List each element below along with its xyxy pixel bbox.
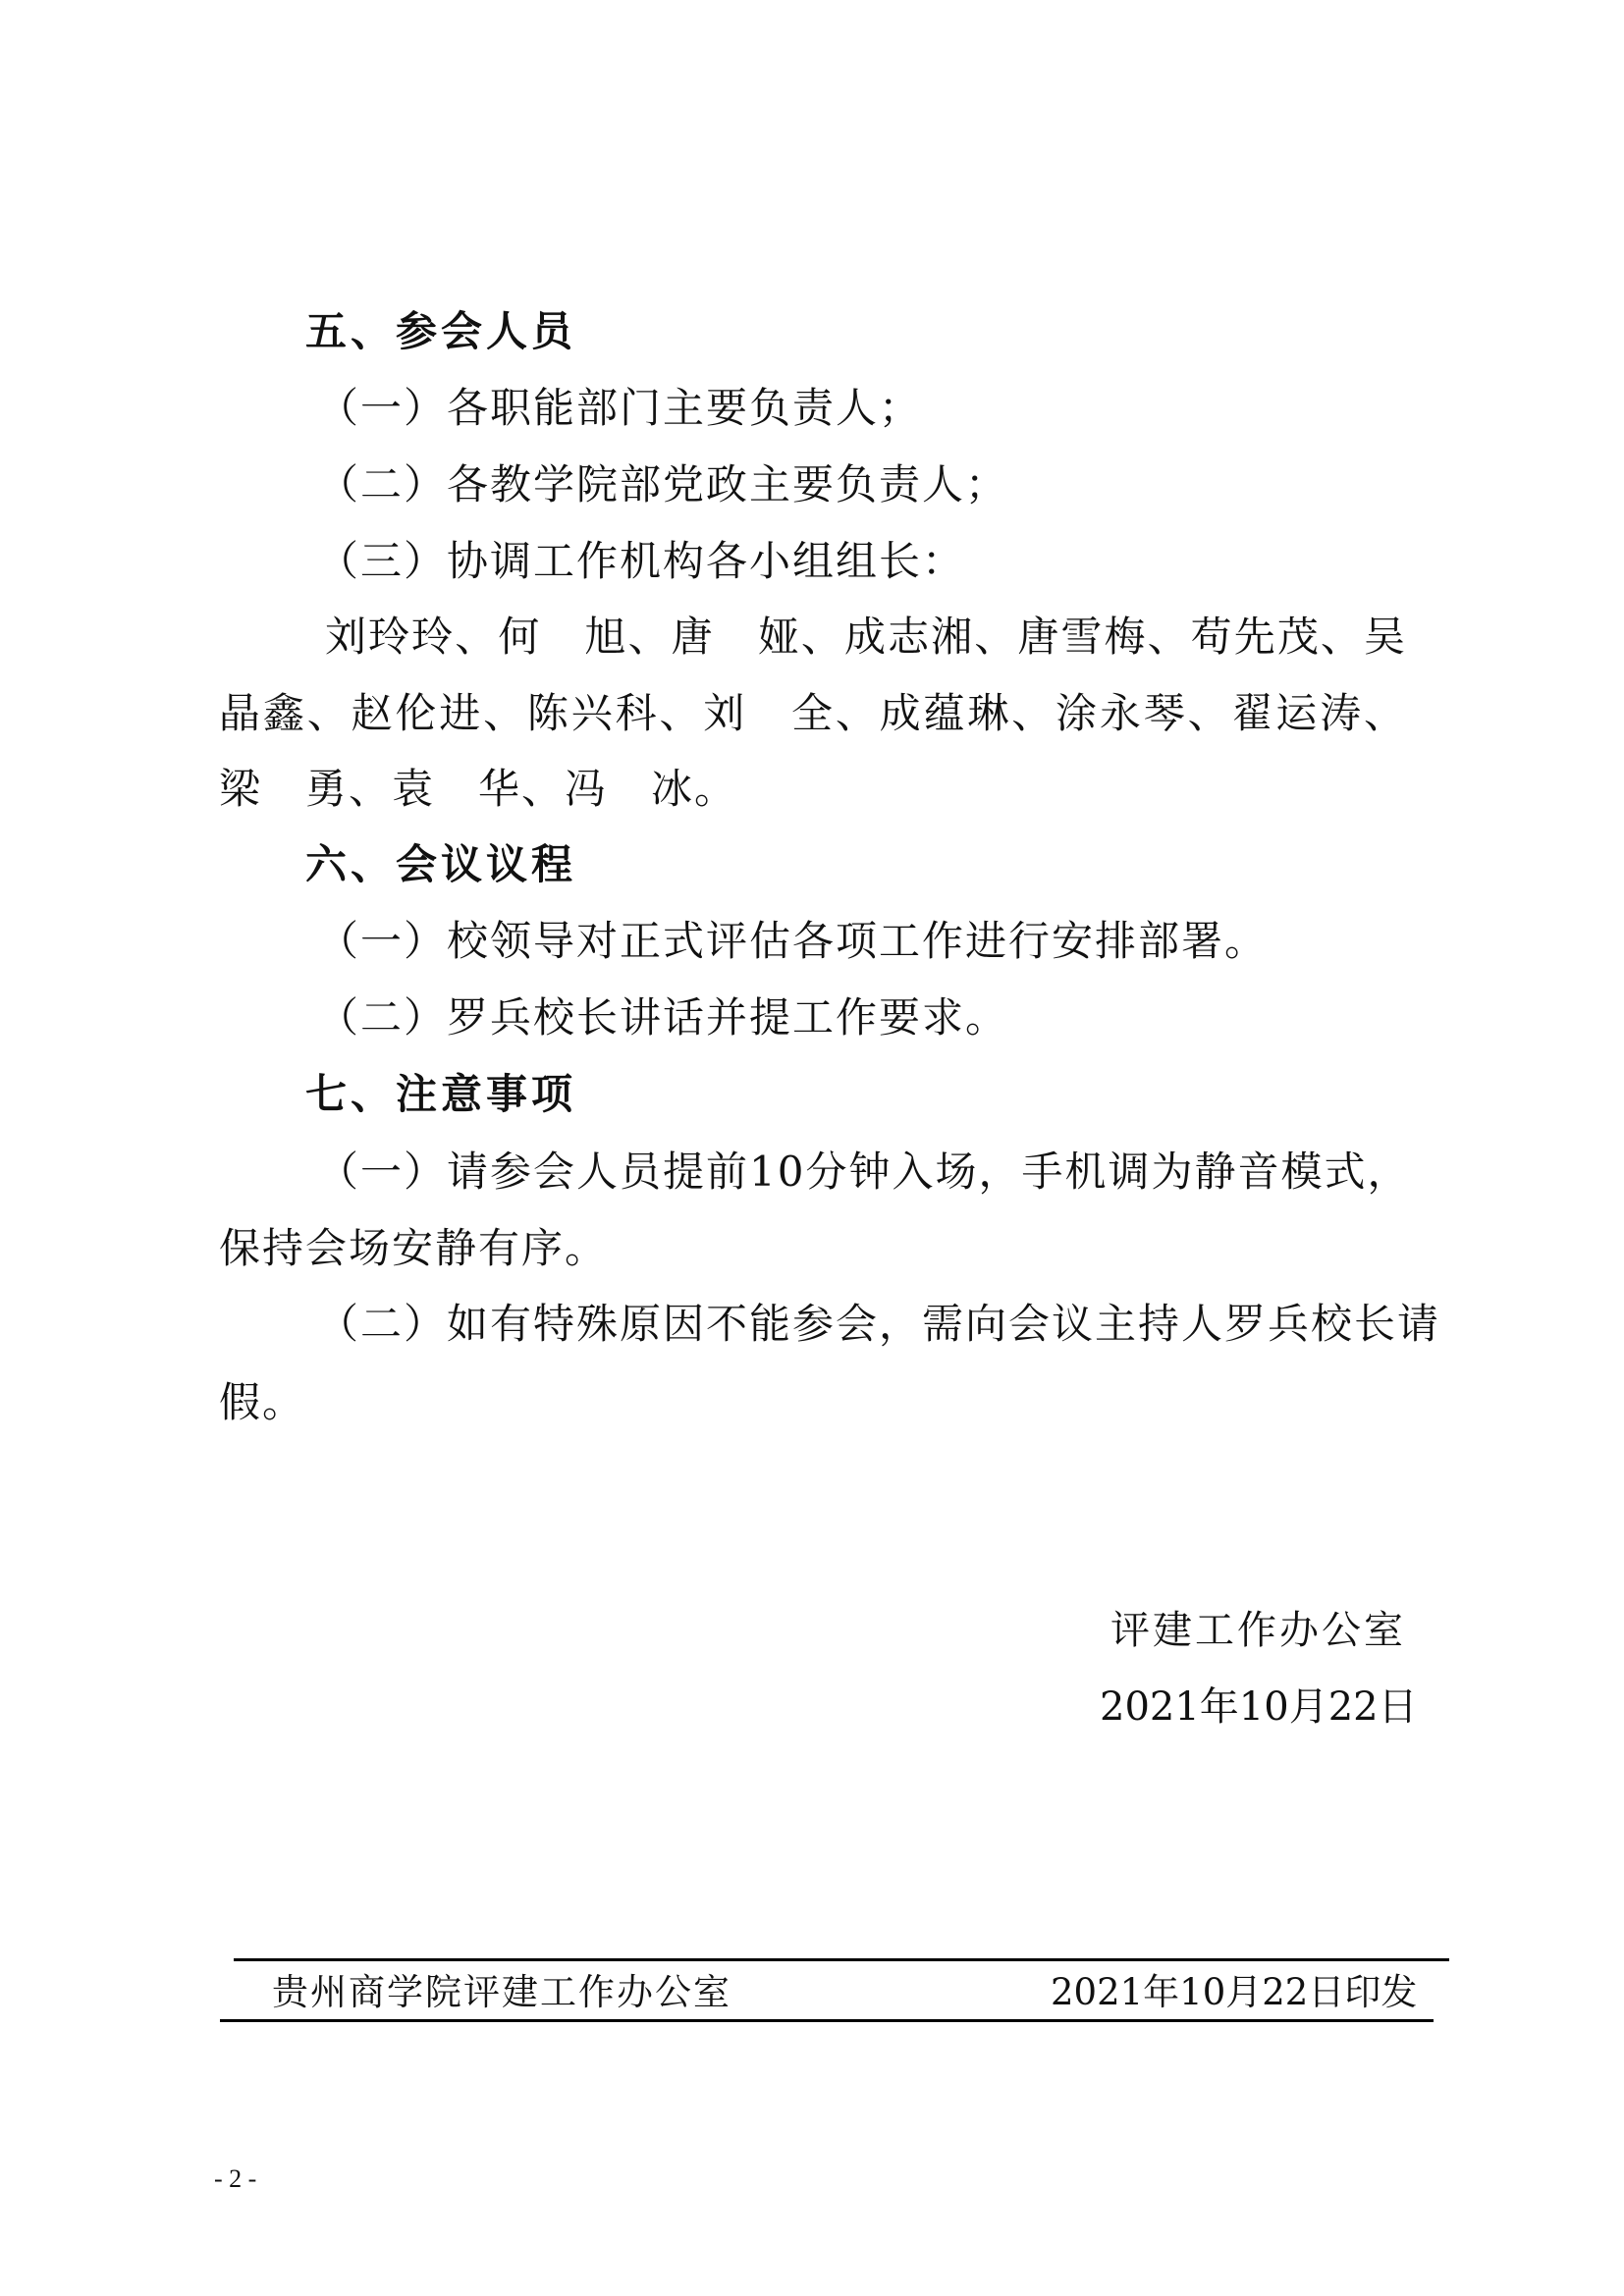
section-heading-attendees: 五、参会人员 bbox=[219, 306, 1407, 383]
notes-item-1-line-1: （一）请参会人员提前10分钟入场，手机调为静音模式， bbox=[219, 1147, 1407, 1223]
notes-item-2-line-1: （二）如有特殊原因不能参会，需向会议主持人罗兵校长请 bbox=[219, 1299, 1407, 1375]
footer-bottom-rule bbox=[220, 2019, 1434, 2022]
footer-issue-date: 2021年10月22日印发 bbox=[1051, 1971, 1392, 2014]
section-heading-agenda: 六、会议议程 bbox=[219, 839, 1407, 916]
notes-item-2-line-2: 假。 bbox=[219, 1377, 1407, 1454]
signature-office: 评建工作办公室 bbox=[1100, 1606, 1406, 1655]
attendee-item-3: （三）协调工作机构各小组组长： bbox=[219, 536, 1407, 613]
names-line-3: 梁 勇、袁 华、冯 冰。 bbox=[219, 764, 1407, 840]
signature-date: 2021年10月22日 bbox=[1100, 1682, 1406, 1732]
document-page: 五、参会人员 （一）各职能部门主要负责人； （二）各教学院部党政主要负责人； （… bbox=[0, 0, 1624, 2296]
notes-item-1-line-2: 保持会场安静有序。 bbox=[219, 1223, 1407, 1300]
footer-top-rule bbox=[234, 1958, 1449, 1961]
footer-issuer: 贵州商学院评建工作办公室 bbox=[272, 1971, 731, 2014]
names-line-1: 刘玲玲、何 旭、唐 娅、成志湘、唐雪梅、苟先茂、吴 bbox=[219, 612, 1407, 688]
attendee-item-2: （二）各教学院部党政主要负责人； bbox=[219, 459, 1407, 536]
agenda-item-2: （二）罗兵校长讲话并提工作要求。 bbox=[219, 992, 1407, 1069]
attendee-item-1: （一）各职能部门主要负责人； bbox=[219, 383, 1407, 459]
agenda-item-1: （一）校领导对正式评估各项工作进行安排部署。 bbox=[219, 916, 1407, 992]
names-line-2: 晶鑫、赵伦进、陈兴科、刘 全、成蕴琳、涂永琴、翟运涛、 bbox=[219, 688, 1407, 765]
page-number: - 2 - bbox=[214, 2163, 256, 2195]
section-heading-notes: 七、注意事项 bbox=[219, 1069, 1407, 1146]
